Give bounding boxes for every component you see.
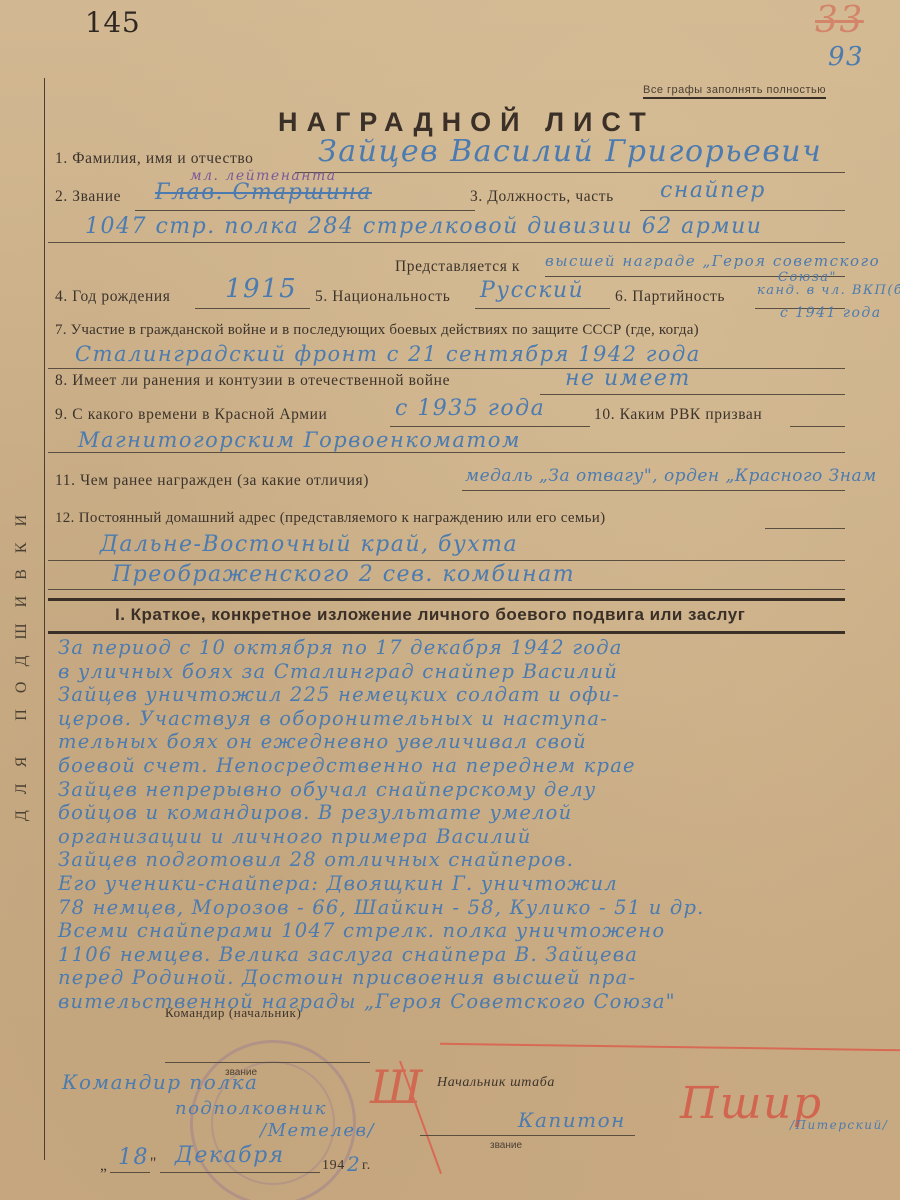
chief-rank-label: звание: [490, 1140, 522, 1151]
field-rvk-label: 10. Каким РВК призван: [594, 406, 762, 424]
field-war-participation-label: 7. Участие в гражданской войне и в после…: [55, 322, 699, 339]
narrative-line: церов. Участвуя в оборонительных и насту…: [58, 707, 608, 730]
narrative-line: перед Родиной. Достоин присвоения высшей…: [58, 966, 636, 989]
signature-red-stroke: [440, 1043, 900, 1051]
narrative-line: тельных боях он ежедневно увеличивал сво…: [58, 730, 587, 753]
field-name-label: 1. Фамилия, имя и отчество: [55, 150, 254, 168]
narrative-line: 78 немцев, Морозов - 66, Шайкин - 58, Ку…: [58, 896, 705, 919]
field-address-value-2[interactable]: Преображенского 2 сев. комбинат: [112, 562, 575, 587]
field-rvk-value[interactable]: Магнитогорским Горвоенкоматом: [78, 428, 521, 452]
field-awards-value[interactable]: медаль „За отвагу", орден „Красного Знам: [465, 466, 877, 486]
archive-red-number: 33: [815, 0, 864, 41]
field-position-value[interactable]: снайпер: [660, 178, 766, 203]
date-day-underline: [110, 1172, 150, 1173]
field-address-underline-2: [48, 589, 845, 590]
field-name-value[interactable]: Зайцев Василий Григорьевич: [318, 134, 822, 169]
chief-rank-value: Капитон: [518, 1108, 626, 1132]
date-day: 18: [118, 1145, 149, 1170]
section-rule-bottom: [48, 631, 845, 634]
narrative-line: Его ученики-снайпера: Двоящкин Г. уничто…: [58, 872, 618, 895]
narrative-line: в уличных боях за Сталинград снайпер Вас…: [58, 660, 618, 683]
commander-rank-underline: [165, 1062, 370, 1063]
field-birth-year-underline: [195, 308, 310, 309]
field-war-participation-value[interactable]: Сталинградский фронт с 21 сентября 1942 …: [75, 342, 701, 366]
date-month: Декабря: [175, 1143, 285, 1168]
field-address-underline-0: [765, 528, 845, 529]
narrative-line: Зайцев подготовил 28 отличных снайперов.: [58, 848, 574, 871]
field-address-label: 12. Постоянный домашний адрес (представл…: [55, 510, 605, 527]
instruction-note: Все графы заполнять полностью: [643, 84, 826, 99]
field-rank-value[interactable]: Глав. Старшина: [155, 180, 372, 205]
narrative-line: Всеми снайперами 1047 стрелк. полка унич…: [58, 919, 665, 942]
commander-title-2: подполковник: [175, 1098, 327, 1119]
field-address-value-1[interactable]: Дальне-Восточный край, бухта: [100, 532, 518, 557]
date-month-underline: [160, 1172, 320, 1173]
field-army-since-value[interactable]: с 1935 года: [395, 396, 545, 421]
section-rule-top: [48, 598, 845, 601]
field-unit-underline: [48, 242, 845, 243]
field-birth-year-value[interactable]: 1915: [225, 274, 297, 304]
field-position-underline: [640, 210, 845, 211]
narrative-line: организации и личного примера Василий: [58, 825, 532, 848]
narrative-line: вительственной награды „Героя Советского…: [58, 990, 676, 1013]
field-position-label: 3. Должность, часть: [470, 188, 614, 206]
date-year-print: 194: [322, 1158, 345, 1174]
narrative-line: Зайцев уничтожил 225 немецких солдат и о…: [58, 683, 620, 706]
field-party-label: 6. Партийность: [615, 288, 725, 306]
field-army-since-underline: [390, 426, 590, 427]
commander-label: Командир (начальник): [165, 1005, 301, 1021]
section1-heading: I. Краткое, конкретное изложение личного…: [115, 605, 745, 625]
field-party-value[interactable]: канд. в чл. ВКП(б): [757, 283, 900, 298]
margin-binding-label: ДЛЯ ПОДШИВКИ: [8, 380, 36, 940]
field-name-underline: [295, 172, 845, 173]
field-nationality-value[interactable]: Русский: [480, 278, 584, 303]
field-awards-label: 11. Чем ранее награжден (за какие отличи…: [55, 472, 369, 490]
field-nationality-label: 5. Национальность: [315, 288, 450, 306]
field-wounds-underline: [540, 394, 845, 395]
chief-name: /Питерский/: [790, 1118, 888, 1132]
field-army-since-label: 9. С какого времени в Красной Армии: [55, 406, 327, 424]
presented-value[interactable]: высшей награде „Героя советского: [545, 252, 880, 270]
field-position-unit[interactable]: 1047 стр. полка 284 стрелковой дивизии 6…: [85, 214, 762, 239]
field-awards-underline: [462, 490, 845, 491]
field-war-underline: [48, 368, 845, 369]
narrative-line: Зайцев непрерывно обучал снайперскому де…: [58, 778, 596, 801]
narrative-line: 1106 немцев. Велика заслуга снайпера В. …: [58, 943, 638, 966]
date-open-quote: „: [100, 1157, 107, 1175]
narrative-line: боевой счет. Непосредственно на переднем…: [58, 754, 636, 777]
field-wounds-label: 8. Имеет ли ранения и контузии в отечест…: [55, 372, 450, 390]
presented-label: Представляется к: [395, 258, 520, 276]
date-close-quote: ": [150, 1155, 157, 1173]
narrative-line: За период с 10 октября по 17 декабря 194…: [58, 636, 623, 659]
field-rank-underline: [135, 210, 475, 211]
field-birth-year-label: 4. Год рождения: [55, 288, 170, 306]
date-suffix: г.: [362, 1158, 371, 1174]
date-year-hand: 2: [347, 1152, 361, 1176]
field-rvk-underline: [790, 426, 845, 427]
archive-sheet-number: 145: [85, 6, 140, 39]
field-nationality-underline: [475, 308, 610, 309]
chief-rank-underline: [420, 1135, 635, 1136]
chief-of-staff-label: Начальник штаба: [437, 1075, 555, 1091]
narrative-line: бойцов и командиров. В результате умелой: [58, 801, 572, 824]
field-address-underline-1: [48, 560, 845, 561]
margin-rule: [44, 78, 45, 1160]
field-rank-label: 2. Звание: [55, 188, 121, 206]
field-rvk-underline-2: [48, 452, 845, 453]
field-wounds-value[interactable]: не имеет: [565, 366, 691, 391]
commander-name: /Метелев/: [260, 1120, 375, 1141]
commander-title-1: Командир полка: [62, 1070, 258, 1094]
archive-blue-number: 93: [828, 42, 864, 72]
field-party-value-cont: с 1941 года: [780, 305, 882, 321]
